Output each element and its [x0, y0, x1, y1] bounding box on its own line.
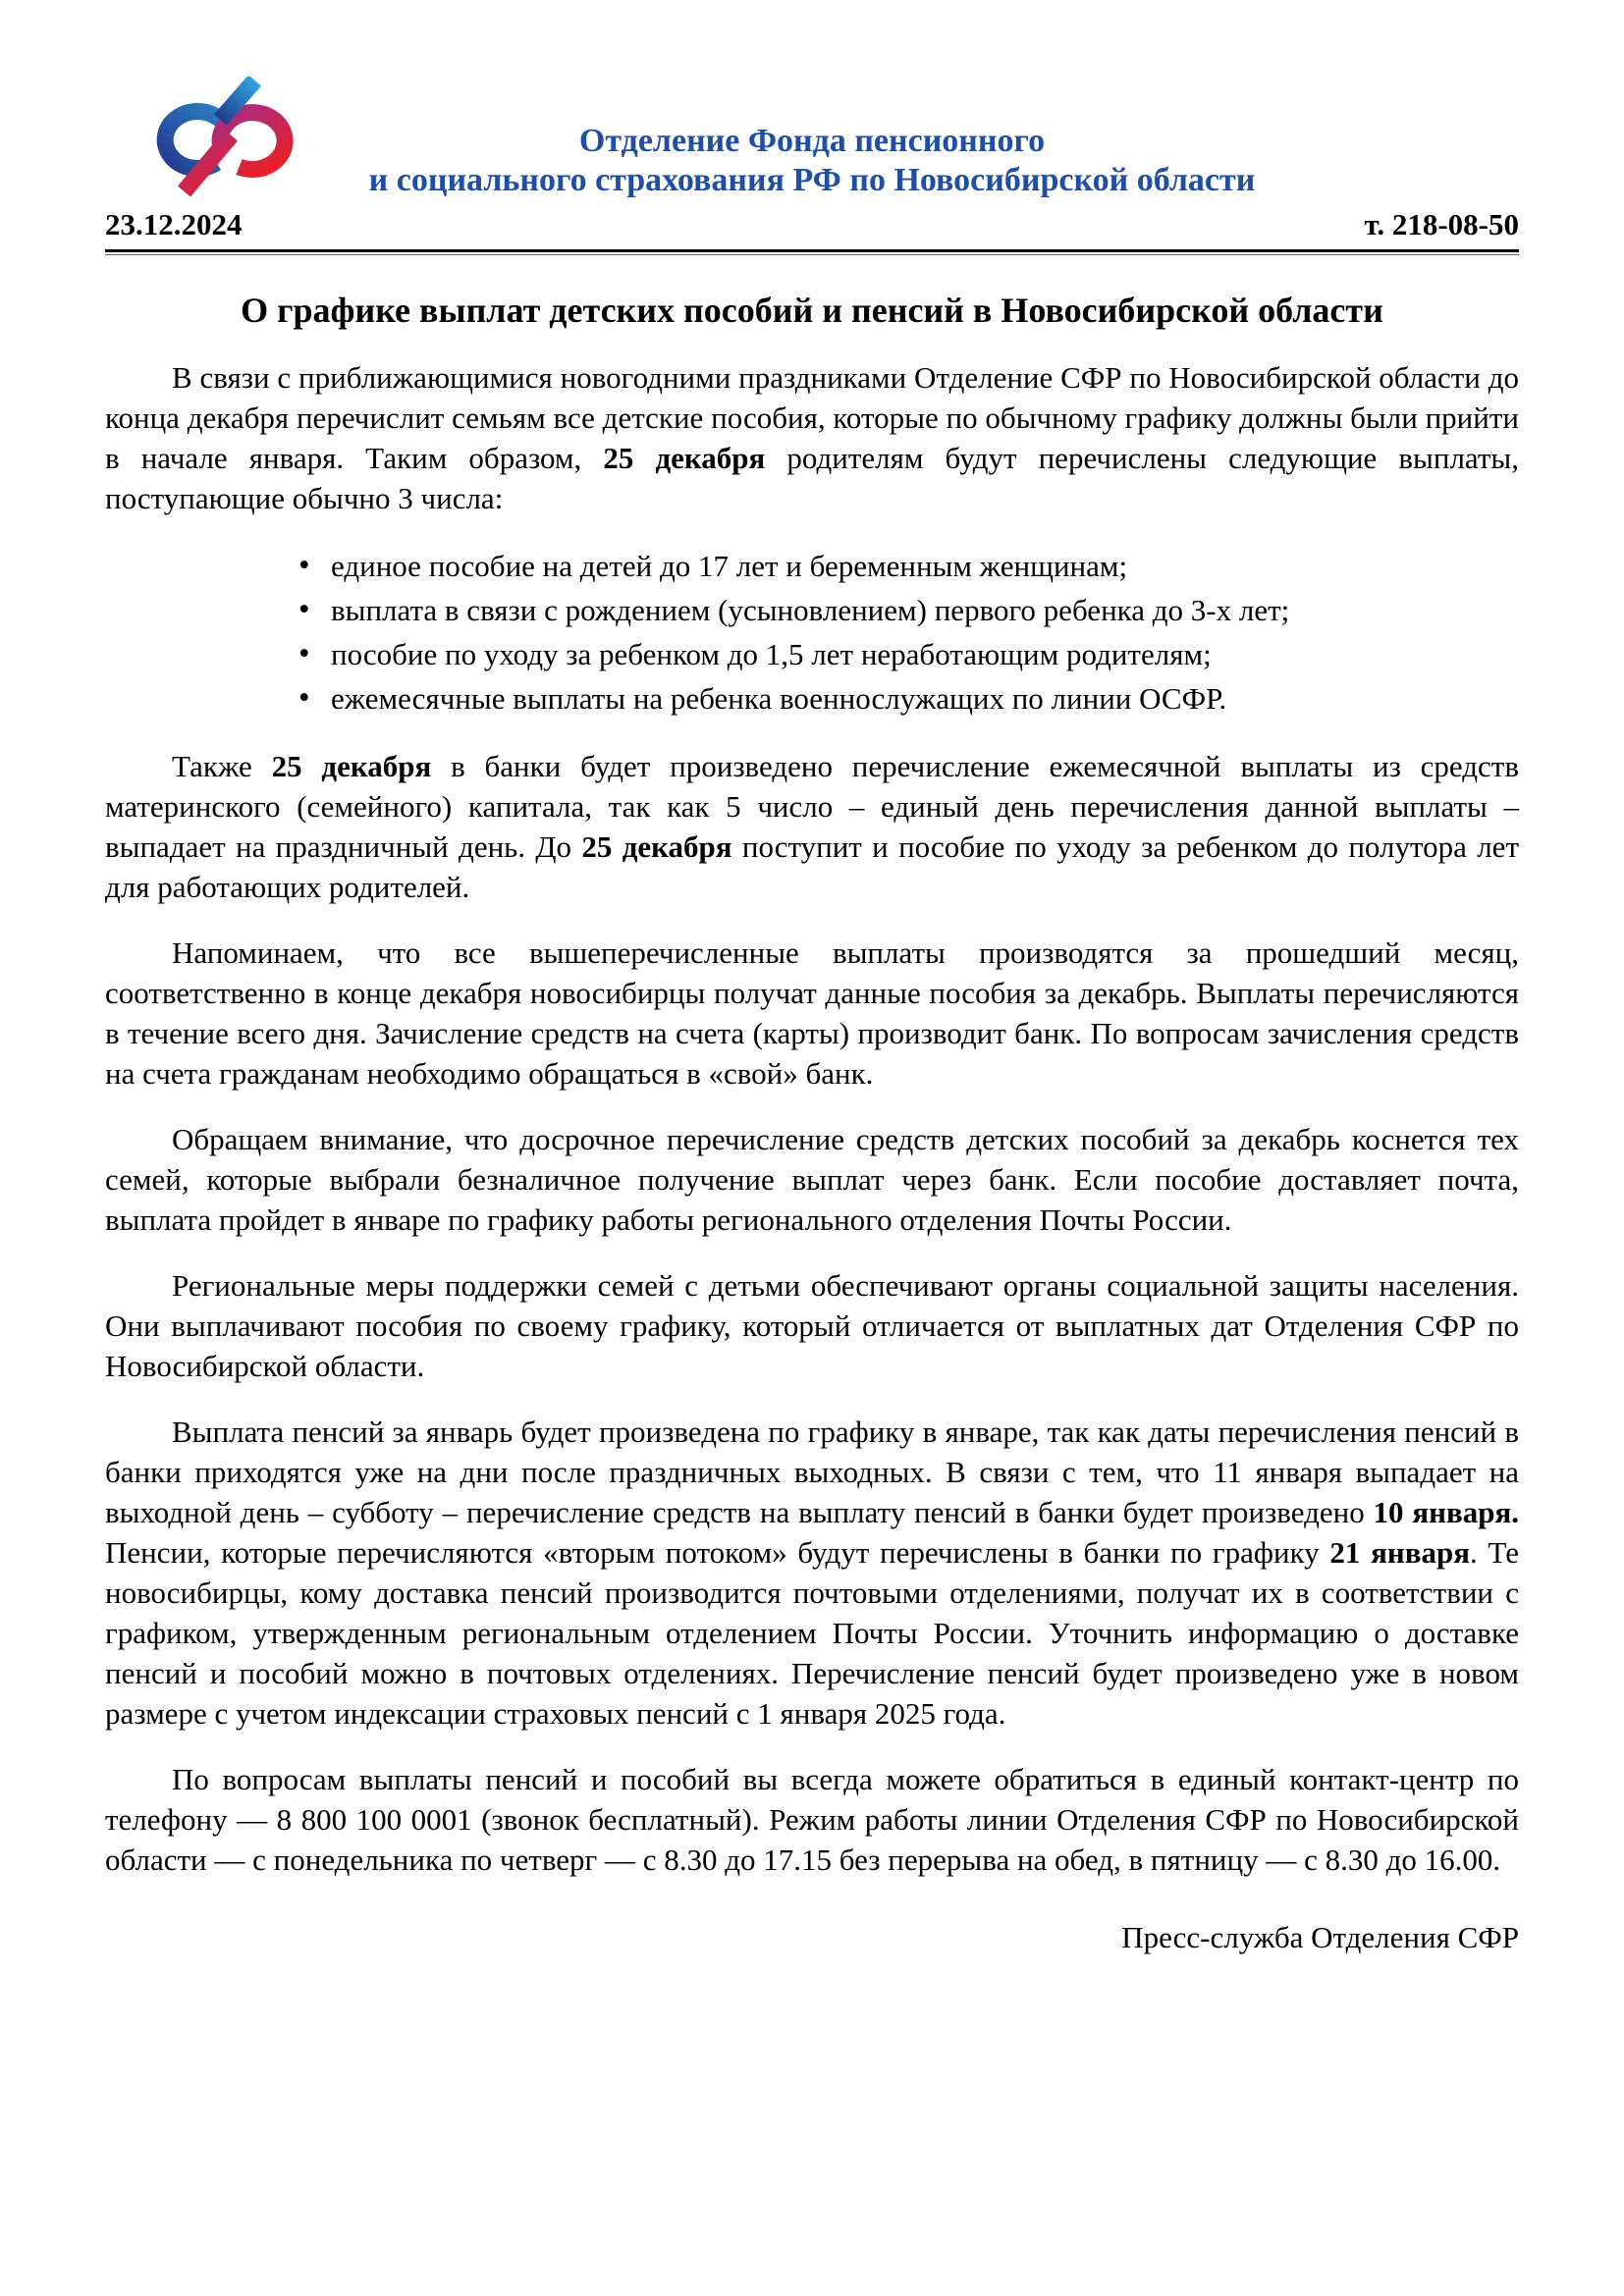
paragraph-intro: В связи с приближающимися новогодними пр… — [105, 357, 1519, 518]
text-segment: выплата в связи с рождением (усыновление… — [331, 593, 1289, 627]
paragraph-contact-center: По вопросам выплаты пенсий и пособий вы … — [105, 1759, 1519, 1880]
text-segment: Обращаем внимание, что досрочное перечис… — [105, 1122, 1519, 1237]
text-segment: По вопросам выплаты пенсий и пособий вы … — [105, 1762, 1519, 1877]
benefit-item: ежемесячные выплаты на ребенка военнослу… — [295, 676, 1519, 721]
document-page: Отделение Фонда пенсионного и социальног… — [0, 0, 1624, 2296]
document-date: 23.12.2024 — [105, 208, 243, 241]
text-segment: Также — [172, 749, 272, 783]
bold-text-segment: 10 января. — [1374, 1495, 1519, 1529]
signature: Пресс-служба Отделения СФР — [105, 1917, 1519, 1957]
text-segment: Выплата пенсий за январь будет произведе… — [105, 1415, 1519, 1529]
paragraph-pensions: Выплата пенсий за январь будет произведе… — [105, 1412, 1519, 1734]
text-segment: ежемесячные выплаты на ребенка военнослу… — [331, 681, 1226, 716]
text-segment: Напоминаем, что все вышеперечисленные вы… — [105, 935, 1519, 1091]
benefit-item: единое пособие на детей до 17 лет и бере… — [295, 544, 1519, 588]
paragraph-regional: Региональные меры поддержки семей с деть… — [105, 1265, 1519, 1386]
benefit-list: единое пособие на детей до 17 лет и бере… — [105, 544, 1519, 721]
paragraph-reminder: Напоминаем, что все вышеперечисленные вы… — [105, 933, 1519, 1094]
org-name: Отделение Фонда пенсионного и социальног… — [105, 0, 1519, 200]
header-meta-row: 23.12.2024 т. 218-08-50 — [105, 208, 1519, 241]
paragraph-bank-post: Обращаем внимание, что досрочное перечис… — [105, 1119, 1519, 1240]
text-segment: Пенсии, которые перечисляются «вторым по… — [105, 1535, 1329, 1570]
benefit-item: выплата в связи с рождением (усыновление… — [295, 588, 1519, 632]
text-segment: пособие по уходу за ребенком до 1,5 лет … — [331, 637, 1212, 671]
bold-text-segment: 21 января — [1329, 1535, 1470, 1570]
text-segment: единое пособие на детей до 17 лет и бере… — [331, 549, 1127, 583]
bold-text-segment: 25 декабря — [581, 829, 731, 864]
benefit-item: пособие по уходу за ребенком до 1,5 лет … — [295, 632, 1519, 676]
header-divider — [105, 249, 1519, 255]
paragraph-maternity-capital: Также 25 декабря в банки будет произведе… — [105, 746, 1519, 907]
sfr-logo-icon — [147, 77, 307, 204]
bold-text-segment: 25 декабря — [603, 441, 765, 475]
document-header: Отделение Фонда пенсионного и социальног… — [105, 0, 1519, 255]
document-title: О графике выплат детских пособий и пенси… — [105, 289, 1519, 332]
bold-text-segment: 25 декабря — [272, 749, 432, 783]
contact-phone: т. 218-08-50 — [1364, 208, 1519, 241]
sfr-logo — [147, 77, 307, 204]
org-name-line2: и социального страхования РФ по Новосиби… — [105, 161, 1519, 200]
text-segment: Региональные меры поддержки семей с деть… — [105, 1268, 1519, 1383]
org-name-line1: Отделение Фонда пенсионного — [105, 122, 1519, 161]
document-body: О графике выплат детских пособий и пенси… — [105, 289, 1519, 1957]
